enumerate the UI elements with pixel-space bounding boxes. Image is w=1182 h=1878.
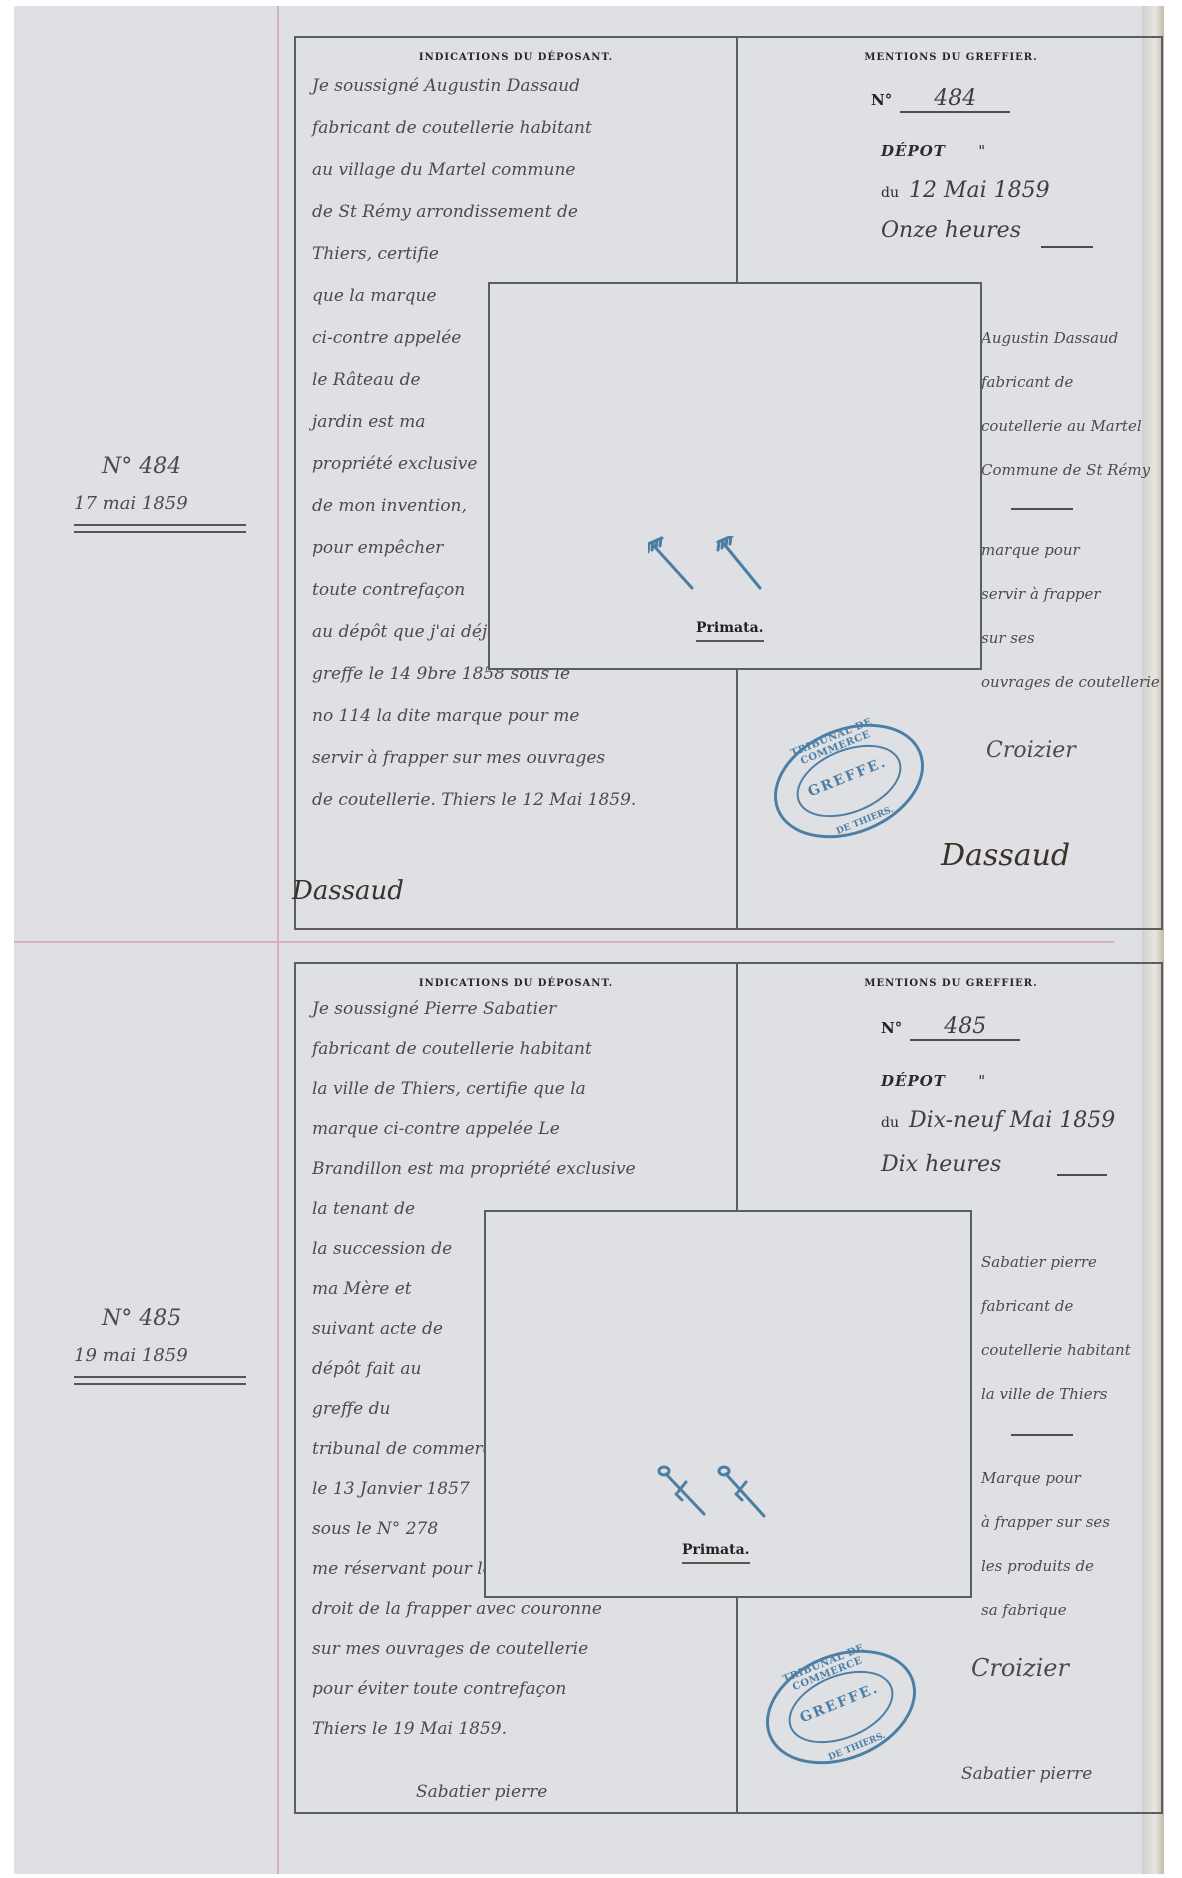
greffe-stamp: TRIBUNAL DE COMMERCE GREFFE. DE THIERS. — [757, 703, 941, 860]
mark-box: Primata. — [488, 282, 982, 670]
note-line: Marque pour — [981, 1456, 1131, 1500]
note-separator — [981, 1416, 1131, 1456]
note-separator — [981, 492, 1160, 528]
note-line: fabricant de — [981, 1284, 1131, 1328]
depositor-signature: Dassaud — [292, 876, 404, 906]
text-line: Brandillon est ma propriété exclusive — [296, 1149, 736, 1189]
margin-rule-vertical — [277, 6, 279, 1874]
clerk-notes: Augustin Dassaud fabricant de coutelleri… — [981, 316, 1160, 704]
text-line: sur mes ouvrages de coutellerie — [296, 1629, 736, 1669]
ditto-mark: " — [978, 142, 986, 160]
mark-caption: Primata. — [682, 1542, 750, 1564]
date-value: 12 Mai 1859 — [909, 178, 1050, 203]
mark-box: Primata. — [484, 1210, 972, 1598]
du-label: du — [881, 185, 899, 201]
margin-note-485: N° 485 19 mai 1859 — [74, 1306, 246, 1385]
entry-485: INDICATIONS DU DÉPOSANT. Je soussigné Pi… — [294, 962, 1163, 1814]
ditto-mark: " — [978, 1072, 986, 1090]
du-label: du — [881, 1115, 899, 1131]
margin-note-484: N° 484 17 mai 1859 — [74, 454, 246, 533]
note-line: Sabatier pierre — [981, 1240, 1131, 1284]
clerk-signature: Croizier — [971, 1654, 1069, 1682]
text-line: no 114 la dite marque pour me — [296, 695, 736, 737]
number-label: N° — [871, 91, 892, 109]
note-line: les produits de — [981, 1544, 1131, 1588]
depot-label: DÉPOT " — [881, 142, 986, 160]
margin-rule-horizontal — [14, 941, 1114, 943]
depositor-header: INDICATIONS DU DÉPOSANT. — [296, 978, 736, 989]
text-line: fabricant de coutellerie habitant — [296, 1029, 736, 1069]
text-line: Thiers, certifie — [296, 233, 736, 275]
deposit-hour: Onze heures — [881, 218, 1021, 243]
note-line: coutellerie au Martel — [981, 404, 1160, 448]
text-line: au village du Martel commune — [296, 149, 736, 191]
depositor-signature-right: Sabatier pierre — [961, 1764, 1092, 1784]
double-rule — [74, 1376, 246, 1385]
entry-number: N°485 — [881, 1014, 1020, 1041]
greffe-stamp: TRIBUNAL DE COMMERCE GREFFE. DE THIERS. — [749, 1629, 933, 1786]
note-line: servir à frapper — [981, 572, 1160, 616]
double-rule — [74, 524, 246, 533]
crowned-scepter-icon — [656, 1464, 776, 1526]
deposit-hour: Dix heures — [881, 1152, 1001, 1177]
register-page: N° 484 17 mai 1859 INDICATIONS DU DÉPOSA… — [14, 6, 1164, 1874]
entry-484: INDICATIONS DU DÉPOSANT. Je soussigné Au… — [294, 36, 1163, 930]
number-label: N° — [881, 1019, 902, 1037]
date-value: Dix-neuf Mai 1859 — [909, 1108, 1115, 1133]
entry-number: N°484 — [871, 86, 1010, 113]
depot-text: DÉPOT — [881, 142, 946, 160]
note-line: Commune de St Rémy — [981, 448, 1160, 492]
dash-rule — [1057, 1174, 1107, 1176]
margin-entry-date: 19 mai 1859 — [74, 1345, 246, 1366]
deposit-date: du12 Mai 1859 — [881, 178, 1050, 203]
dash-rule — [1011, 508, 1073, 510]
number-value: 485 — [910, 1014, 1020, 1041]
depositor-signature: Sabatier pierre — [416, 1782, 547, 1802]
note-line: sa fabrique — [981, 1588, 1131, 1632]
text-line: Je soussigné Augustin Dassaud — [296, 65, 736, 107]
text-line: Thiers le 19 Mai 1859. — [296, 1709, 736, 1749]
text-line: de coutellerie. Thiers le 12 Mai 1859. — [296, 779, 736, 821]
depositor-signature-right: Dassaud — [941, 838, 1070, 873]
note-line: marque pour — [981, 528, 1160, 572]
note-line: ouvrages de coutellerie — [981, 660, 1160, 704]
note-line: à frapper sur ses — [981, 1500, 1131, 1544]
note-line: la ville de Thiers — [981, 1372, 1131, 1416]
depot-label: DÉPOT " — [881, 1072, 986, 1090]
clerk-header: MENTIONS DU GREFFIER. — [741, 978, 1161, 989]
depositor-header: INDICATIONS DU DÉPOSANT. — [296, 52, 736, 63]
deposit-date: duDix-neuf Mai 1859 — [881, 1108, 1115, 1133]
margin-entry-date: 17 mai 1859 — [74, 493, 246, 514]
margin-entry-number: N° 484 — [102, 454, 246, 479]
note-line: Augustin Dassaud — [981, 316, 1160, 360]
text-line: pour éviter toute contrefaçon — [296, 1669, 736, 1709]
clerk-header: MENTIONS DU GREFFIER. — [741, 52, 1161, 63]
dash-rule — [1011, 1434, 1073, 1436]
number-value: 484 — [900, 86, 1010, 113]
note-line: sur ses — [981, 616, 1160, 660]
text-line: marque ci-contre appelée Le — [296, 1109, 736, 1149]
text-line: servir à frapper sur mes ouvrages — [296, 737, 736, 779]
margin-entry-number: N° 485 — [102, 1306, 246, 1331]
clerk-notes: Sabatier pierre fabricant de coutellerie… — [981, 1240, 1131, 1632]
mark-caption: Primata. — [696, 620, 764, 642]
depot-text: DÉPOT — [881, 1072, 946, 1090]
clerk-signature: Croizier — [986, 738, 1076, 763]
note-line: coutellerie habitant — [981, 1328, 1131, 1372]
text-line: fabricant de coutellerie habitant — [296, 107, 736, 149]
text-line: Je soussigné Pierre Sabatier — [296, 989, 736, 1029]
text-line: la ville de Thiers, certifie que la — [296, 1069, 736, 1109]
dash-rule — [1041, 246, 1093, 248]
text-line: de St Rémy arrondissement de — [296, 191, 736, 233]
rake-icon — [648, 536, 788, 598]
note-line: fabricant de — [981, 360, 1160, 404]
